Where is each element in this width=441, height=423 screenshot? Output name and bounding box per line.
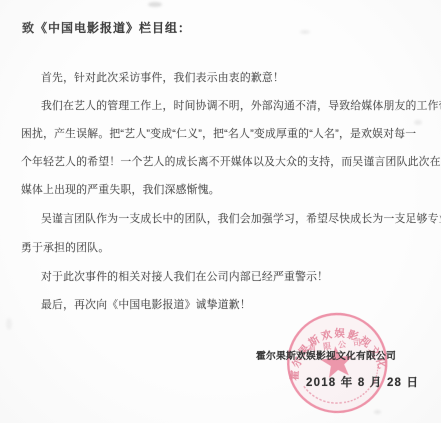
letter-body-line: 个年轻艺人的希望！一个艺人的成长离不开媒体以及大众的支持，而吴谨言团队此次在沟通 bbox=[21, 154, 435, 169]
scan-smudge bbox=[6, 318, 12, 330]
apology-letter-document: 致《中国电影报道》栏目组： 首先，针对此次采访事件，我们表示由衷的歉意！ 我们在… bbox=[0, 0, 441, 423]
signature-company-name: 霍尔果斯欢娱影视文化有限公司 bbox=[256, 348, 396, 362]
scan-smudge bbox=[414, 120, 422, 125]
letter-body-line: 吴谨言团队作为一支成长中的团队，我们会加强学习，希望尽快成长为一支足够专业且 bbox=[21, 211, 441, 226]
scan-smudge bbox=[148, 2, 162, 7]
letter-body-line: 我们在艺人的管理工作上，时间协调不明，外部沟通不清，导致给媒体朋友的工作带来 bbox=[21, 98, 441, 113]
letter-body-line: 媒体上出现的严重失职，我们深感惭愧。 bbox=[21, 182, 435, 197]
signature-date: 2018 年 8 月 28 日 bbox=[306, 374, 419, 390]
letter-body-line: 首先，针对此次采访事件，我们表示由衷的歉意！ bbox=[21, 70, 441, 85]
letter-body-line: 困扰，产生误解。把“艺人”变成“仁义”，把“名人”变成厚重的“人名”，是欢娱对每… bbox=[21, 126, 435, 141]
letter-body-line: 对于此次事件的相关对接人我们在公司内部已经严重警示！ bbox=[21, 269, 441, 284]
letter-body-line: 勇于承担的团队。 bbox=[21, 240, 435, 255]
scan-smudge bbox=[300, 30, 310, 34]
letter-salutation: 致《中国电影报道》栏目组： bbox=[22, 19, 191, 36]
